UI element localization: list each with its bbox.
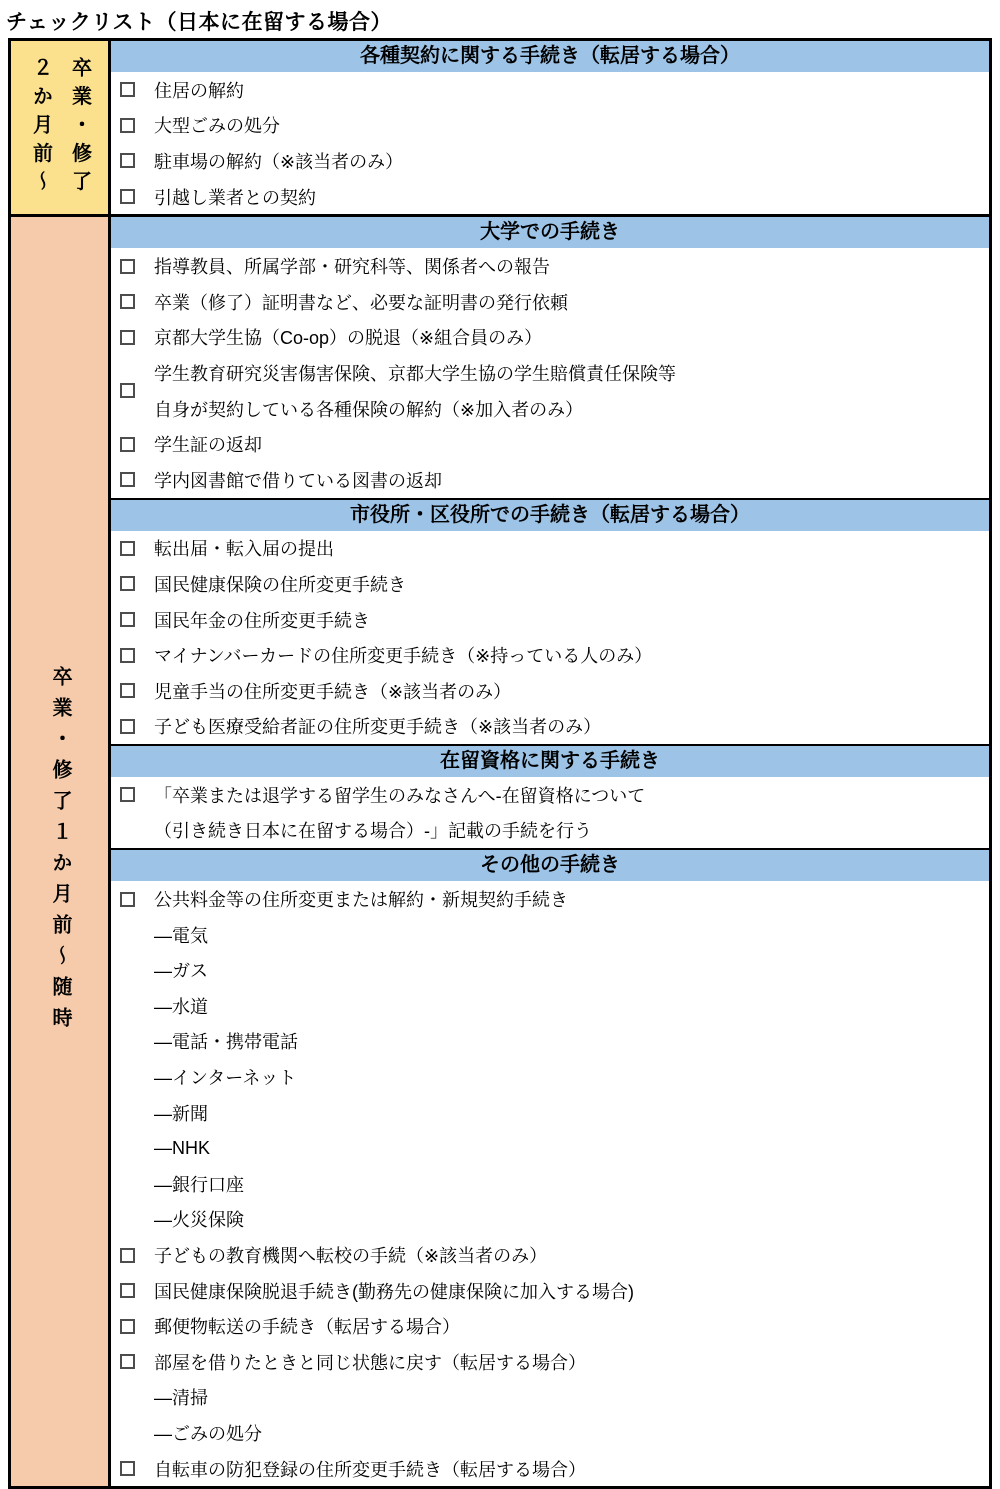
checkbox-spacer	[119, 1130, 135, 1166]
item-text-line: 学生教育研究災害傷害保険、京都大学生協の学生賠償責任保険等	[154, 355, 989, 391]
item-text-line: 国民健康保険の住所変更手続き	[154, 566, 989, 602]
checkbox-icon[interactable]	[120, 259, 135, 274]
checkbox-cell	[119, 1451, 135, 1487]
checkbox-spacer	[119, 988, 135, 1024]
item-text-line: ―火災保険	[154, 1202, 989, 1238]
item-text: 国民健康保険の住所変更手続き	[154, 566, 989, 602]
checkbox-cell	[119, 881, 135, 917]
checkbox-icon[interactable]	[120, 683, 135, 698]
checkbox-cell	[119, 709, 135, 745]
item-text: 指導教員、所属学部・研究科等、関係者への報告	[154, 248, 989, 284]
item-text-line: 児童手当の住所変更手続き（※該当者のみ）	[154, 673, 989, 709]
item-text: ―新聞	[154, 1095, 989, 1131]
item-text-line: 「卒業または退学する留学生のみなさんへ-在留資格について	[154, 777, 989, 813]
item-text-line: 卒業（修了）証明書など、必要な証明書の発行依頼	[154, 284, 989, 320]
checklist-item: ―ガス	[111, 952, 989, 988]
item-text-line: 郵便物転送の手続き（転居する場合）	[154, 1308, 989, 1344]
checklist-item: 引越し業者との契約	[111, 179, 989, 215]
checklist-item: 大型ごみの処分	[111, 108, 989, 144]
checkbox-cell	[119, 531, 135, 567]
item-text: 国民年金の住所変更手続き	[154, 602, 989, 638]
checkbox-spacer	[119, 917, 135, 953]
item-text: 引越し業者との契約	[154, 179, 989, 215]
checkbox-icon[interactable]	[120, 1461, 135, 1476]
checklist-item: 国民健康保険の住所変更手続き	[111, 566, 989, 602]
checklist-item: 子ども医療受給者証の住所変更手続き（※該当者のみ）	[111, 709, 989, 745]
item-text: ―NHK	[154, 1130, 989, 1166]
item-text-line: 学内図書館で借りている図書の返却	[154, 462, 989, 498]
item-text: 転出届・転入届の提出	[154, 531, 989, 567]
checklist-item: ―水道	[111, 988, 989, 1024]
checkbox-spacer	[119, 1095, 135, 1131]
item-text-line: 自転車の防犯登録の住所変更手続き（転居する場合）	[154, 1451, 989, 1487]
item-text-line: 駐車場の解約（※該当者のみ）	[154, 143, 989, 179]
item-text: ―ガス	[154, 952, 989, 988]
item-text: 駐車場の解約（※該当者のみ）	[154, 143, 989, 179]
checklist-item: 卒業（修了）証明書など、必要な証明書の発行依頼	[111, 284, 989, 320]
item-text: 子どもの教育機関へ転校の手続（※該当者のみ）	[154, 1237, 989, 1273]
item-text-line: 住居の解約	[154, 72, 989, 108]
checkbox-icon[interactable]	[120, 576, 135, 591]
item-text: マイナンバーカードの住所変更手続き（※持っている人のみ）	[154, 637, 989, 673]
item-text-line: 指導教員、所属学部・研究科等、関係者への報告	[154, 248, 989, 284]
item-text: ―銀行口座	[154, 1166, 989, 1202]
item-text-line: ―インターネット	[154, 1059, 989, 1095]
checklist-item: 公共料金等の住所変更または解約・新規契約手続き	[111, 881, 989, 917]
item-text-line: 子ども医療受給者証の住所変更手続き（※該当者のみ）	[154, 709, 989, 745]
section: 在留資格に関する手続き「卒業または退学する留学生のみなさんへ-在留資格について（…	[111, 744, 989, 848]
section: 大学での手続き指導教員、所属学部・研究科等、関係者への報告卒業（修了）証明書など…	[111, 217, 989, 497]
checkbox-cell	[119, 355, 135, 426]
item-text: 京都大学生協（Co-op）の脱退（※組合員のみ）	[154, 320, 989, 356]
checkbox-spacer	[119, 1380, 135, 1416]
checkbox-cell	[119, 248, 135, 284]
item-text-line: 大型ごみの処分	[154, 108, 989, 144]
checkbox-icon[interactable]	[120, 787, 135, 802]
checkbox-icon[interactable]	[120, 1248, 135, 1263]
checklist-item: ―電話・携帯電話	[111, 1024, 989, 1060]
checkbox-icon[interactable]	[120, 1319, 135, 1334]
checkbox-spacer	[119, 1024, 135, 1060]
checkbox-icon[interactable]	[120, 330, 135, 345]
section: 各種契約に関する手続き（転居する場合）住居の解約大型ごみの処分駐車場の解約（※該…	[111, 41, 989, 214]
item-text-line: ―電話・携帯電話	[154, 1024, 989, 1060]
section-header: 大学での手続き	[111, 217, 989, 248]
period-label-line: 卒業・修了	[69, 57, 91, 199]
section-header: 市役所・区役所での手続き（転居する場合）	[111, 498, 989, 531]
checkbox-icon[interactable]	[120, 472, 135, 487]
checkbox-cell	[119, 777, 135, 848]
checkbox-cell	[119, 320, 135, 356]
item-text: ―電気	[154, 917, 989, 953]
checkbox-cell	[119, 566, 135, 602]
item-text: ―電話・携帯電話	[154, 1024, 989, 1060]
checklist-item: 部屋を借りたときと同じ状態に戻す（転居する場合）	[111, 1344, 989, 1380]
item-text-line: ―ガス	[154, 952, 989, 988]
item-text: ―水道	[154, 988, 989, 1024]
item-text-line: ―NHK	[154, 1130, 989, 1166]
item-text-line: 学生証の返却	[154, 426, 989, 462]
item-text-line: （引き続き日本に在留する場合）-」記載の手続を行う	[154, 813, 989, 849]
section-header: 在留資格に関する手続き	[111, 744, 989, 777]
section: その他の手続き公共料金等の住所変更または解約・新規契約手続き―電気―ガス―水道―…	[111, 848, 989, 1486]
section-header: 各種契約に関する手続き（転居する場合）	[111, 41, 989, 72]
item-text: 自転車の防犯登録の住所変更手続き（転居する場合）	[154, 1451, 989, 1487]
item-text-line: 子どもの教育機関へ転校の手続（※該当者のみ）	[154, 1237, 989, 1273]
content-column: 各種契約に関する手続き（転居する場合）住居の解約大型ごみの処分駐車場の解約（※該…	[111, 41, 989, 214]
checklist-item: ―ごみの処分	[111, 1415, 989, 1451]
checkbox-icon[interactable]	[120, 118, 135, 133]
item-text: 児童手当の住所変更手続き（※該当者のみ）	[154, 673, 989, 709]
checkbox-cell	[119, 179, 135, 215]
checklist-item: 国民健康保険脱退手続き(勤務先の健康保険に加入する場合)	[111, 1273, 989, 1309]
checklist-item: 転出届・転入届の提出	[111, 531, 989, 567]
checkbox-spacer	[119, 1059, 135, 1095]
item-text-line: 公共料金等の住所変更または解約・新規契約手続き	[154, 881, 989, 917]
period-cell: 卒業・修了１か月前～随時	[11, 217, 111, 1486]
item-text: 子ども医療受給者証の住所変更手続き（※該当者のみ）	[154, 709, 989, 745]
item-text-line: ―電気	[154, 917, 989, 953]
checkbox-cell	[119, 426, 135, 462]
checkbox-icon[interactable]	[120, 1354, 135, 1369]
item-text: 「卒業または退学する留学生のみなさんへ-在留資格について（引き続き日本に在留する…	[154, 777, 989, 848]
checklist-item: ―清掃	[111, 1380, 989, 1416]
item-text-line: ―清掃	[154, 1380, 989, 1416]
item-text: 大型ごみの処分	[154, 108, 989, 144]
checklist-item: ―銀行口座	[111, 1166, 989, 1202]
item-text: ―ごみの処分	[154, 1415, 989, 1451]
checklist-item: マイナンバーカードの住所変更手続き（※持っている人のみ）	[111, 637, 989, 673]
checkbox-cell	[119, 1237, 135, 1273]
checklist-item: ―インターネット	[111, 1059, 989, 1095]
page-title: チェックリスト（日本に在留する場合）	[0, 0, 1000, 38]
item-text: 郵便物転送の手続き（転居する場合）	[154, 1308, 989, 1344]
period-label-line: ２か月前～	[30, 57, 52, 199]
checklist-item: ―NHK	[111, 1130, 989, 1166]
checkbox-icon[interactable]	[120, 153, 135, 168]
item-text: ―清掃	[154, 1380, 989, 1416]
checklist-item: 住居の解約	[111, 72, 989, 108]
checkbox-icon[interactable]	[120, 719, 135, 734]
period-label-line: 卒業・修了１か月前～随時	[49, 666, 71, 1038]
checklist-item: ―新聞	[111, 1095, 989, 1131]
checkbox-cell	[119, 1344, 135, 1380]
checkbox-icon[interactable]	[120, 541, 135, 556]
checkbox-cell	[119, 1273, 135, 1309]
checkbox-cell	[119, 1308, 135, 1344]
checkbox-cell	[119, 108, 135, 144]
checkbox-spacer	[119, 1166, 135, 1202]
checkbox-cell	[119, 602, 135, 638]
item-text: 学生証の返却	[154, 426, 989, 462]
checkbox-cell	[119, 637, 135, 673]
item-text-line: 国民年金の住所変更手続き	[154, 602, 989, 638]
checkbox-spacer	[119, 1415, 135, 1451]
checkbox-cell	[119, 143, 135, 179]
period-label: 卒業・修了１か月前～随時	[40, 666, 79, 1038]
checklist-item: 子どもの教育機関へ転校の手続（※該当者のみ）	[111, 1237, 989, 1273]
item-text: 住居の解約	[154, 72, 989, 108]
checklist-table: 卒業・修了２か月前～各種契約に関する手続き（転居する場合）住居の解約大型ごみの処…	[8, 38, 992, 1489]
checklist-item: 駐車場の解約（※該当者のみ）	[111, 143, 989, 179]
row-group: 卒業・修了１か月前～随時大学での手続き指導教員、所属学部・研究科等、関係者への報…	[11, 214, 989, 1486]
item-text-line: 国民健康保険脱退手続き(勤務先の健康保険に加入する場合)	[154, 1273, 989, 1309]
checkbox-icon[interactable]	[120, 383, 135, 398]
item-text: 部屋を借りたときと同じ状態に戻す（転居する場合）	[154, 1344, 989, 1380]
item-text-line: 京都大学生協（Co-op）の脱退（※組合員のみ）	[154, 320, 989, 356]
item-text-line: ―水道	[154, 988, 989, 1024]
checklist-item: 児童手当の住所変更手続き（※該当者のみ）	[111, 673, 989, 709]
checkbox-spacer	[119, 1202, 135, 1238]
checklist-item: 学生教育研究災害傷害保険、京都大学生協の学生賠償責任保険等自身が契約している各種…	[111, 355, 989, 426]
checklist-page: チェックリスト（日本に在留する場合） 卒業・修了２か月前～各種契約に関する手続き…	[0, 0, 1000, 1489]
checklist-item: 自転車の防犯登録の住所変更手続き（転居する場合）	[111, 1451, 989, 1487]
checklist-item: 学内図書館で借りている図書の返却	[111, 462, 989, 498]
item-text-line: 転出届・転入届の提出	[154, 531, 989, 567]
item-text: ―インターネット	[154, 1059, 989, 1095]
period-cell: 卒業・修了２か月前～	[11, 41, 111, 214]
checklist-item: 「卒業または退学する留学生のみなさんへ-在留資格について（引き続き日本に在留する…	[111, 777, 989, 848]
checklist-item: 学生証の返却	[111, 426, 989, 462]
checkbox-icon[interactable]	[120, 1283, 135, 1298]
item-text-line: 自身が契約している各種保険の解約（※加入者のみ）	[154, 391, 989, 427]
checklist-item: ―火災保険	[111, 1202, 989, 1238]
checkbox-cell	[119, 284, 135, 320]
checkbox-icon[interactable]	[120, 294, 135, 309]
checkbox-icon[interactable]	[120, 612, 135, 627]
period-label: 卒業・修了２か月前～	[21, 57, 99, 199]
row-group: 卒業・修了２か月前～各種契約に関する手続き（転居する場合）住居の解約大型ごみの処…	[11, 41, 989, 214]
item-text: 国民健康保険脱退手続き(勤務先の健康保険に加入する場合)	[154, 1273, 989, 1309]
item-text: 公共料金等の住所変更または解約・新規契約手続き	[154, 881, 989, 917]
item-text: 学生教育研究災害傷害保険、京都大学生協の学生賠償責任保険等自身が契約している各種…	[154, 355, 989, 426]
checkbox-spacer	[119, 952, 135, 988]
checkbox-icon[interactable]	[120, 82, 135, 97]
item-text: 卒業（修了）証明書など、必要な証明書の発行依頼	[154, 284, 989, 320]
checklist-item: 郵便物転送の手続き（転居する場合）	[111, 1308, 989, 1344]
checkbox-cell	[119, 462, 135, 498]
checkbox-icon[interactable]	[120, 437, 135, 452]
checklist-item: 国民年金の住所変更手続き	[111, 602, 989, 638]
checkbox-icon[interactable]	[120, 892, 135, 907]
item-text-line: ―新聞	[154, 1095, 989, 1131]
checkbox-icon[interactable]	[120, 189, 135, 204]
checklist-item: 指導教員、所属学部・研究科等、関係者への報告	[111, 248, 989, 284]
checkbox-cell	[119, 673, 135, 709]
item-text-line: ―ごみの処分	[154, 1415, 989, 1451]
content-column: 大学での手続き指導教員、所属学部・研究科等、関係者への報告卒業（修了）証明書など…	[111, 217, 989, 1486]
checklist-item: ―電気	[111, 917, 989, 953]
item-text-line: ―銀行口座	[154, 1166, 989, 1202]
item-text-line: 引越し業者との契約	[154, 179, 989, 215]
section-header: その他の手続き	[111, 848, 989, 881]
item-text: 学内図書館で借りている図書の返却	[154, 462, 989, 498]
checkbox-icon[interactable]	[120, 648, 135, 663]
checklist-item: 京都大学生協（Co-op）の脱退（※組合員のみ）	[111, 320, 989, 356]
item-text-line: マイナンバーカードの住所変更手続き（※持っている人のみ）	[154, 637, 989, 673]
item-text-line: 部屋を借りたときと同じ状態に戻す（転居する場合）	[154, 1344, 989, 1380]
checkbox-cell	[119, 72, 135, 108]
item-text: ―火災保険	[154, 1202, 989, 1238]
section: 市役所・区役所での手続き（転居する場合）転出届・転入届の提出国民健康保険の住所変…	[111, 498, 989, 745]
